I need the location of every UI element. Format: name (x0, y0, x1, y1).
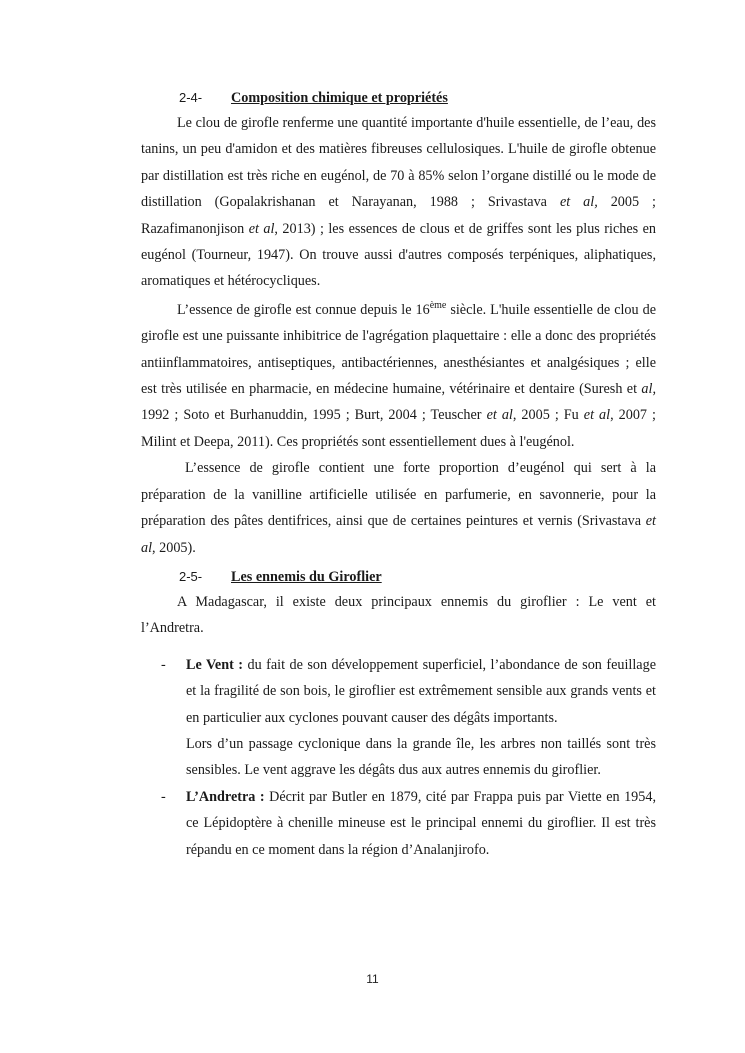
section-heading-2-4: 2-4-Composition chimique et propriétés (179, 86, 656, 110)
text-run: , 2005). (152, 540, 196, 556)
document-page: 2-4-Composition chimique et propriétés L… (141, 86, 656, 863)
section-heading-2-5: 2-5-Les ennemis du Giroflier (179, 565, 656, 589)
text-run: L’essence de girofle contient une forte … (141, 460, 656, 529)
list-term: Le Vent : (186, 657, 243, 673)
italic-run: et al, (560, 194, 598, 210)
section-title: Composition chimique et propriétés (231, 90, 448, 106)
italic-run: et al (487, 407, 513, 423)
text-run: 1992 ; Soto et Burhanuddin, 1995 ; Burt,… (141, 407, 487, 423)
italic-run: al, (641, 381, 656, 397)
bullet-dash: - (161, 784, 166, 810)
paragraph-uses: L’essence de girofle contient une forte … (141, 455, 656, 561)
text-run: L’essence de girofle est connue depuis l… (177, 302, 430, 318)
list-item-andretra: - L’Andretra : Décrit par Butler en 1879… (141, 784, 656, 863)
list-text: du fait de son développement superficiel… (186, 657, 656, 726)
paragraph-history: L’essence de girofle est connue depuis l… (141, 297, 656, 455)
italic-run: et al (584, 407, 610, 423)
italic-run: et al (249, 221, 275, 237)
list-item-vent: - Le Vent : du fait de son développement… (141, 652, 656, 784)
page-number: 11 (0, 972, 745, 986)
section-number: 2-5- (179, 565, 231, 589)
list-text-continued: Lors d’un passage cyclonique dans la gra… (186, 731, 656, 784)
paragraph-composition: Le clou de girofle renferme une quantité… (141, 110, 656, 295)
list-term: L’Andretra : (186, 789, 265, 805)
superscript: ème (430, 300, 447, 311)
enemies-list: - Le Vent : du fait de son développement… (141, 652, 656, 863)
paragraph-enemies-intro: A Madagascar, il existe deux principaux … (141, 589, 656, 642)
section-number: 2-4- (179, 86, 231, 110)
text-run: , 2005 ; Fu (513, 407, 584, 423)
bullet-dash: - (161, 652, 166, 678)
section-title: Les ennemis du Giroflier (231, 569, 382, 585)
